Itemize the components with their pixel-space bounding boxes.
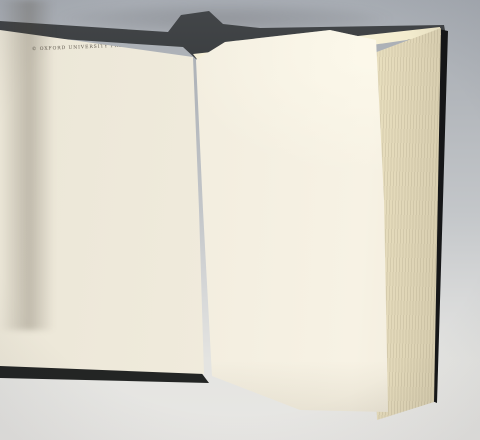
- book-photograph: MANUSCRIPTS LIBRARIES Oxford University …: [0, 0, 480, 440]
- photo-vignette: [0, 0, 480, 440]
